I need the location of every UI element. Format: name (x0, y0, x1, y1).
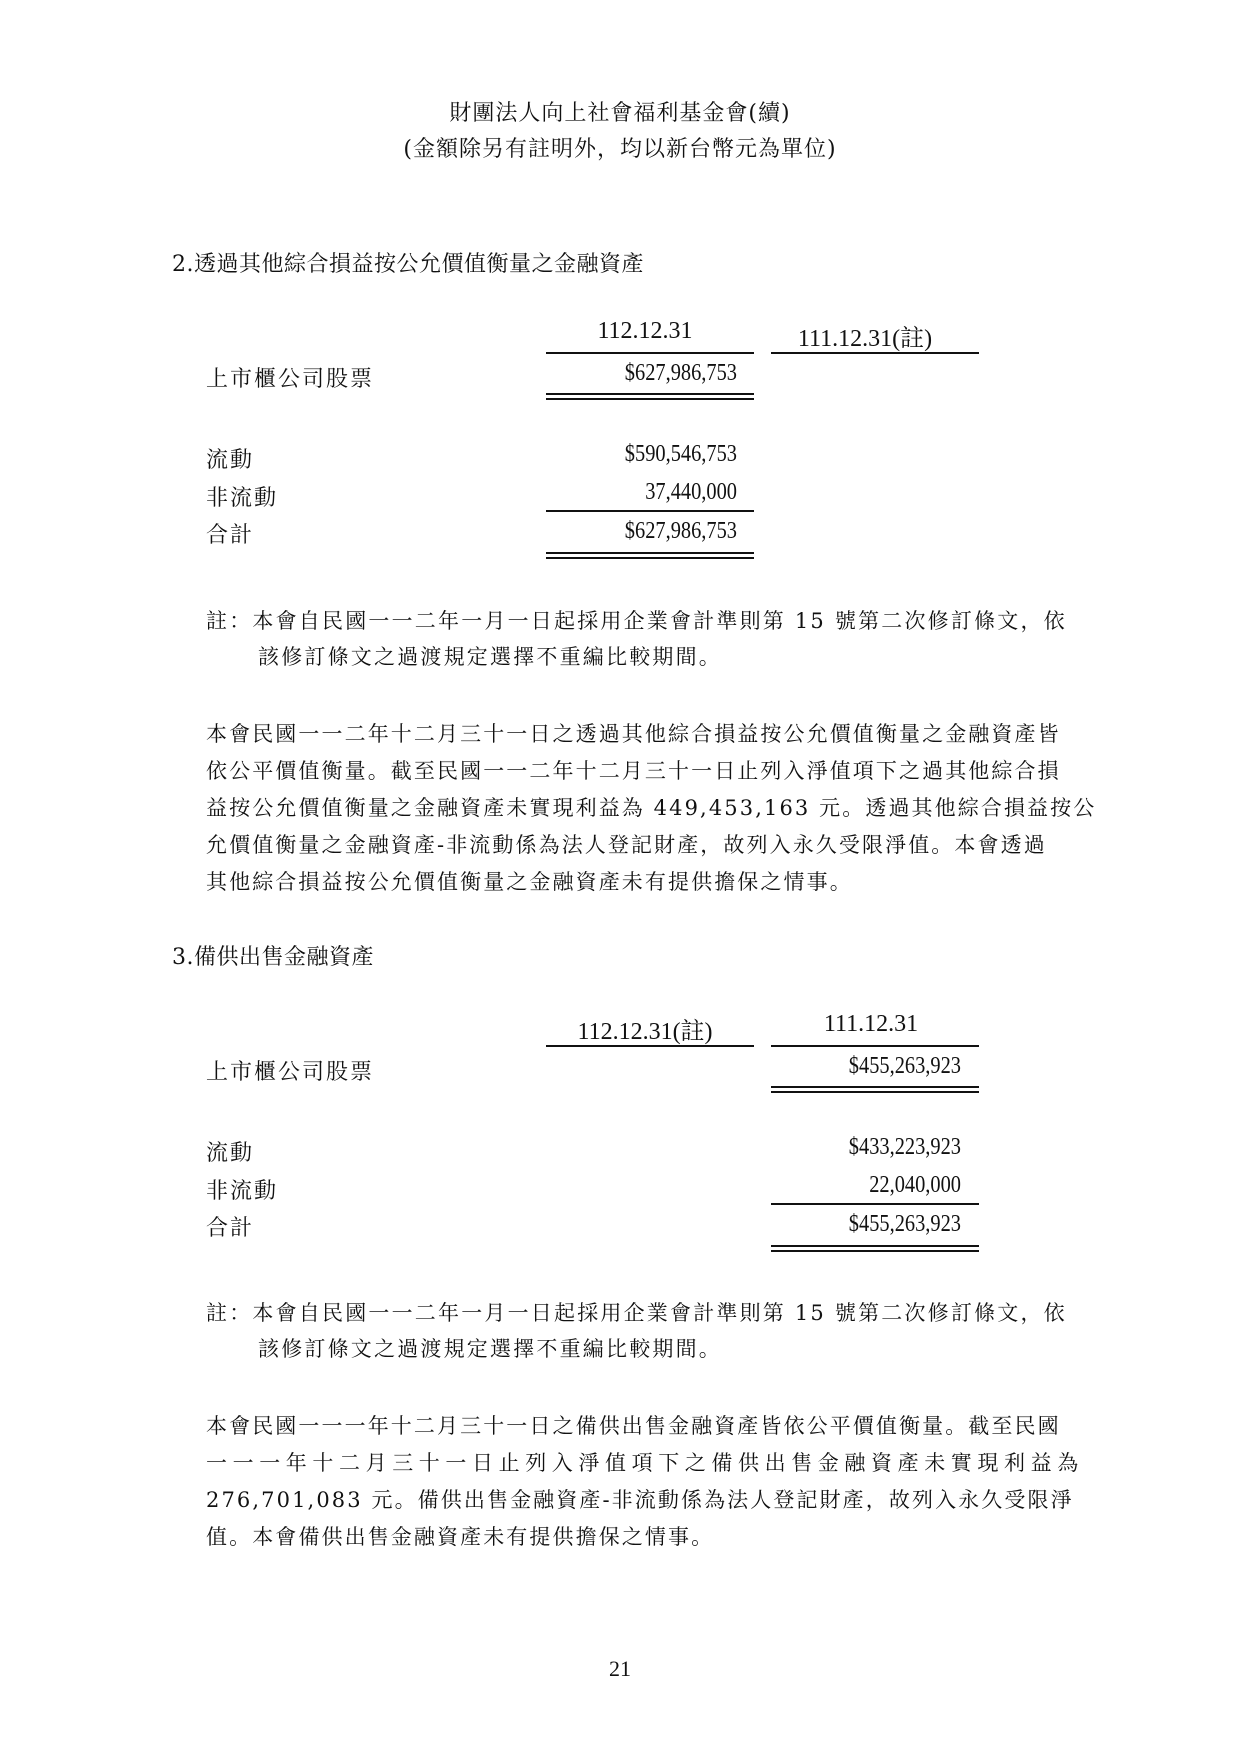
document-subtitle: (金額除另有註明外，均以新台幣元為單位) (0, 132, 1240, 163)
column-header-111: 111.12.31 (771, 1011, 971, 1038)
row-value-112: $627,986,753 (574, 360, 737, 387)
note-line: 註：本會自民國一一二年一月一日起採用企業會計準則第 15 號第二次修訂條文，依 (206, 605, 1067, 635)
note-line: 該修訂條文之過渡規定選擇不重編比較期間。 (258, 1333, 722, 1363)
subtotal-rule (771, 1203, 979, 1205)
row-label: 非流動 (206, 481, 278, 512)
row-value-111: 22,040,000 (800, 1172, 962, 1199)
row-value-111: $455,263,923 (800, 1211, 962, 1238)
total-double-rule (771, 1245, 979, 1252)
paragraph-line: 276,701,083 元。備供出售金融資產-非流動係為法人登記財產，故列入永久… (206, 1484, 1074, 1514)
section-3-title: 3.備供出售金融資產 (172, 940, 374, 971)
row-value-112: $627,986,753 (574, 518, 737, 545)
row-label: 非流動 (206, 1174, 278, 1205)
subtotal-rule (546, 510, 754, 512)
total-double-rule (546, 393, 754, 400)
document-title: 財團法人向上社會福利基金會(續) (0, 96, 1240, 127)
row-label: 流動 (206, 443, 254, 474)
row-label: 合計 (206, 518, 254, 549)
paragraph-line: 其他綜合損益按公允價值衡量之金融資產未有提供擔保之情事。 (206, 866, 853, 896)
section-2-title: 2.透過其他綜合損益按公允價值衡量之金融資產 (172, 247, 644, 278)
total-double-rule (771, 1086, 979, 1093)
column-header-112: 112.12.31(註) (545, 1011, 745, 1046)
paragraph-line: 依公平價值衡量。截至民國一一二年十二月三十一日止列入淨值項下之過其他綜合損 (206, 755, 1061, 785)
row-value-112: 37,440,000 (574, 479, 737, 506)
total-double-rule (546, 552, 754, 559)
paragraph-line: 本會民國一一二年十二月三十一日之透過其他綜合損益按公允價值衡量之金融資產皆 (206, 718, 1061, 748)
paragraph-line: 益按公允價值衡量之金融資產未實現利益為 449,453,163 元。透過其他綜合… (206, 792, 1096, 822)
paragraph-line: 一一一年十二月三十一日止列入淨值項下之備供出售金融資產未實現利益為 (206, 1447, 1084, 1477)
column-header-rule (771, 1045, 979, 1047)
page-number: 21 (0, 1656, 1240, 1682)
column-header-112: 112.12.31 (545, 318, 745, 345)
column-header-rule (546, 1045, 754, 1047)
row-value-111: $433,223,923 (800, 1134, 962, 1161)
paragraph-line: 允價值衡量之金融資產-非流動係為法人登記財產，故列入永久受限淨值。本會透過 (206, 829, 1047, 859)
note-line: 註：本會自民國一一二年一月一日起採用企業會計準則第 15 號第二次修訂條文，依 (206, 1297, 1067, 1327)
row-label: 合計 (206, 1211, 254, 1242)
column-header-111: 111.12.31(註) (765, 318, 965, 353)
row-label: 上市櫃公司股票 (206, 1055, 374, 1086)
row-label: 上市櫃公司股票 (206, 362, 374, 393)
note-line: 該修訂條文之過渡規定選擇不重編比較期間。 (258, 641, 722, 671)
row-value-111: $455,263,923 (800, 1053, 962, 1080)
paragraph-line: 本會民國一一一年十二月三十一日之備供出售金融資產皆依公平價值衡量。截至民國 (206, 1410, 1061, 1440)
column-header-rule (771, 352, 979, 354)
document-page: 財團法人向上社會福利基金會(續) (金額除另有註明外，均以新台幣元為單位) 2.… (0, 0, 1240, 1754)
paragraph-line: 值。本會備供出售金融資產未有提供擔保之情事。 (206, 1521, 714, 1551)
row-value-112: $590,546,753 (574, 441, 737, 468)
row-label: 流動 (206, 1136, 254, 1167)
column-header-rule (546, 352, 754, 354)
